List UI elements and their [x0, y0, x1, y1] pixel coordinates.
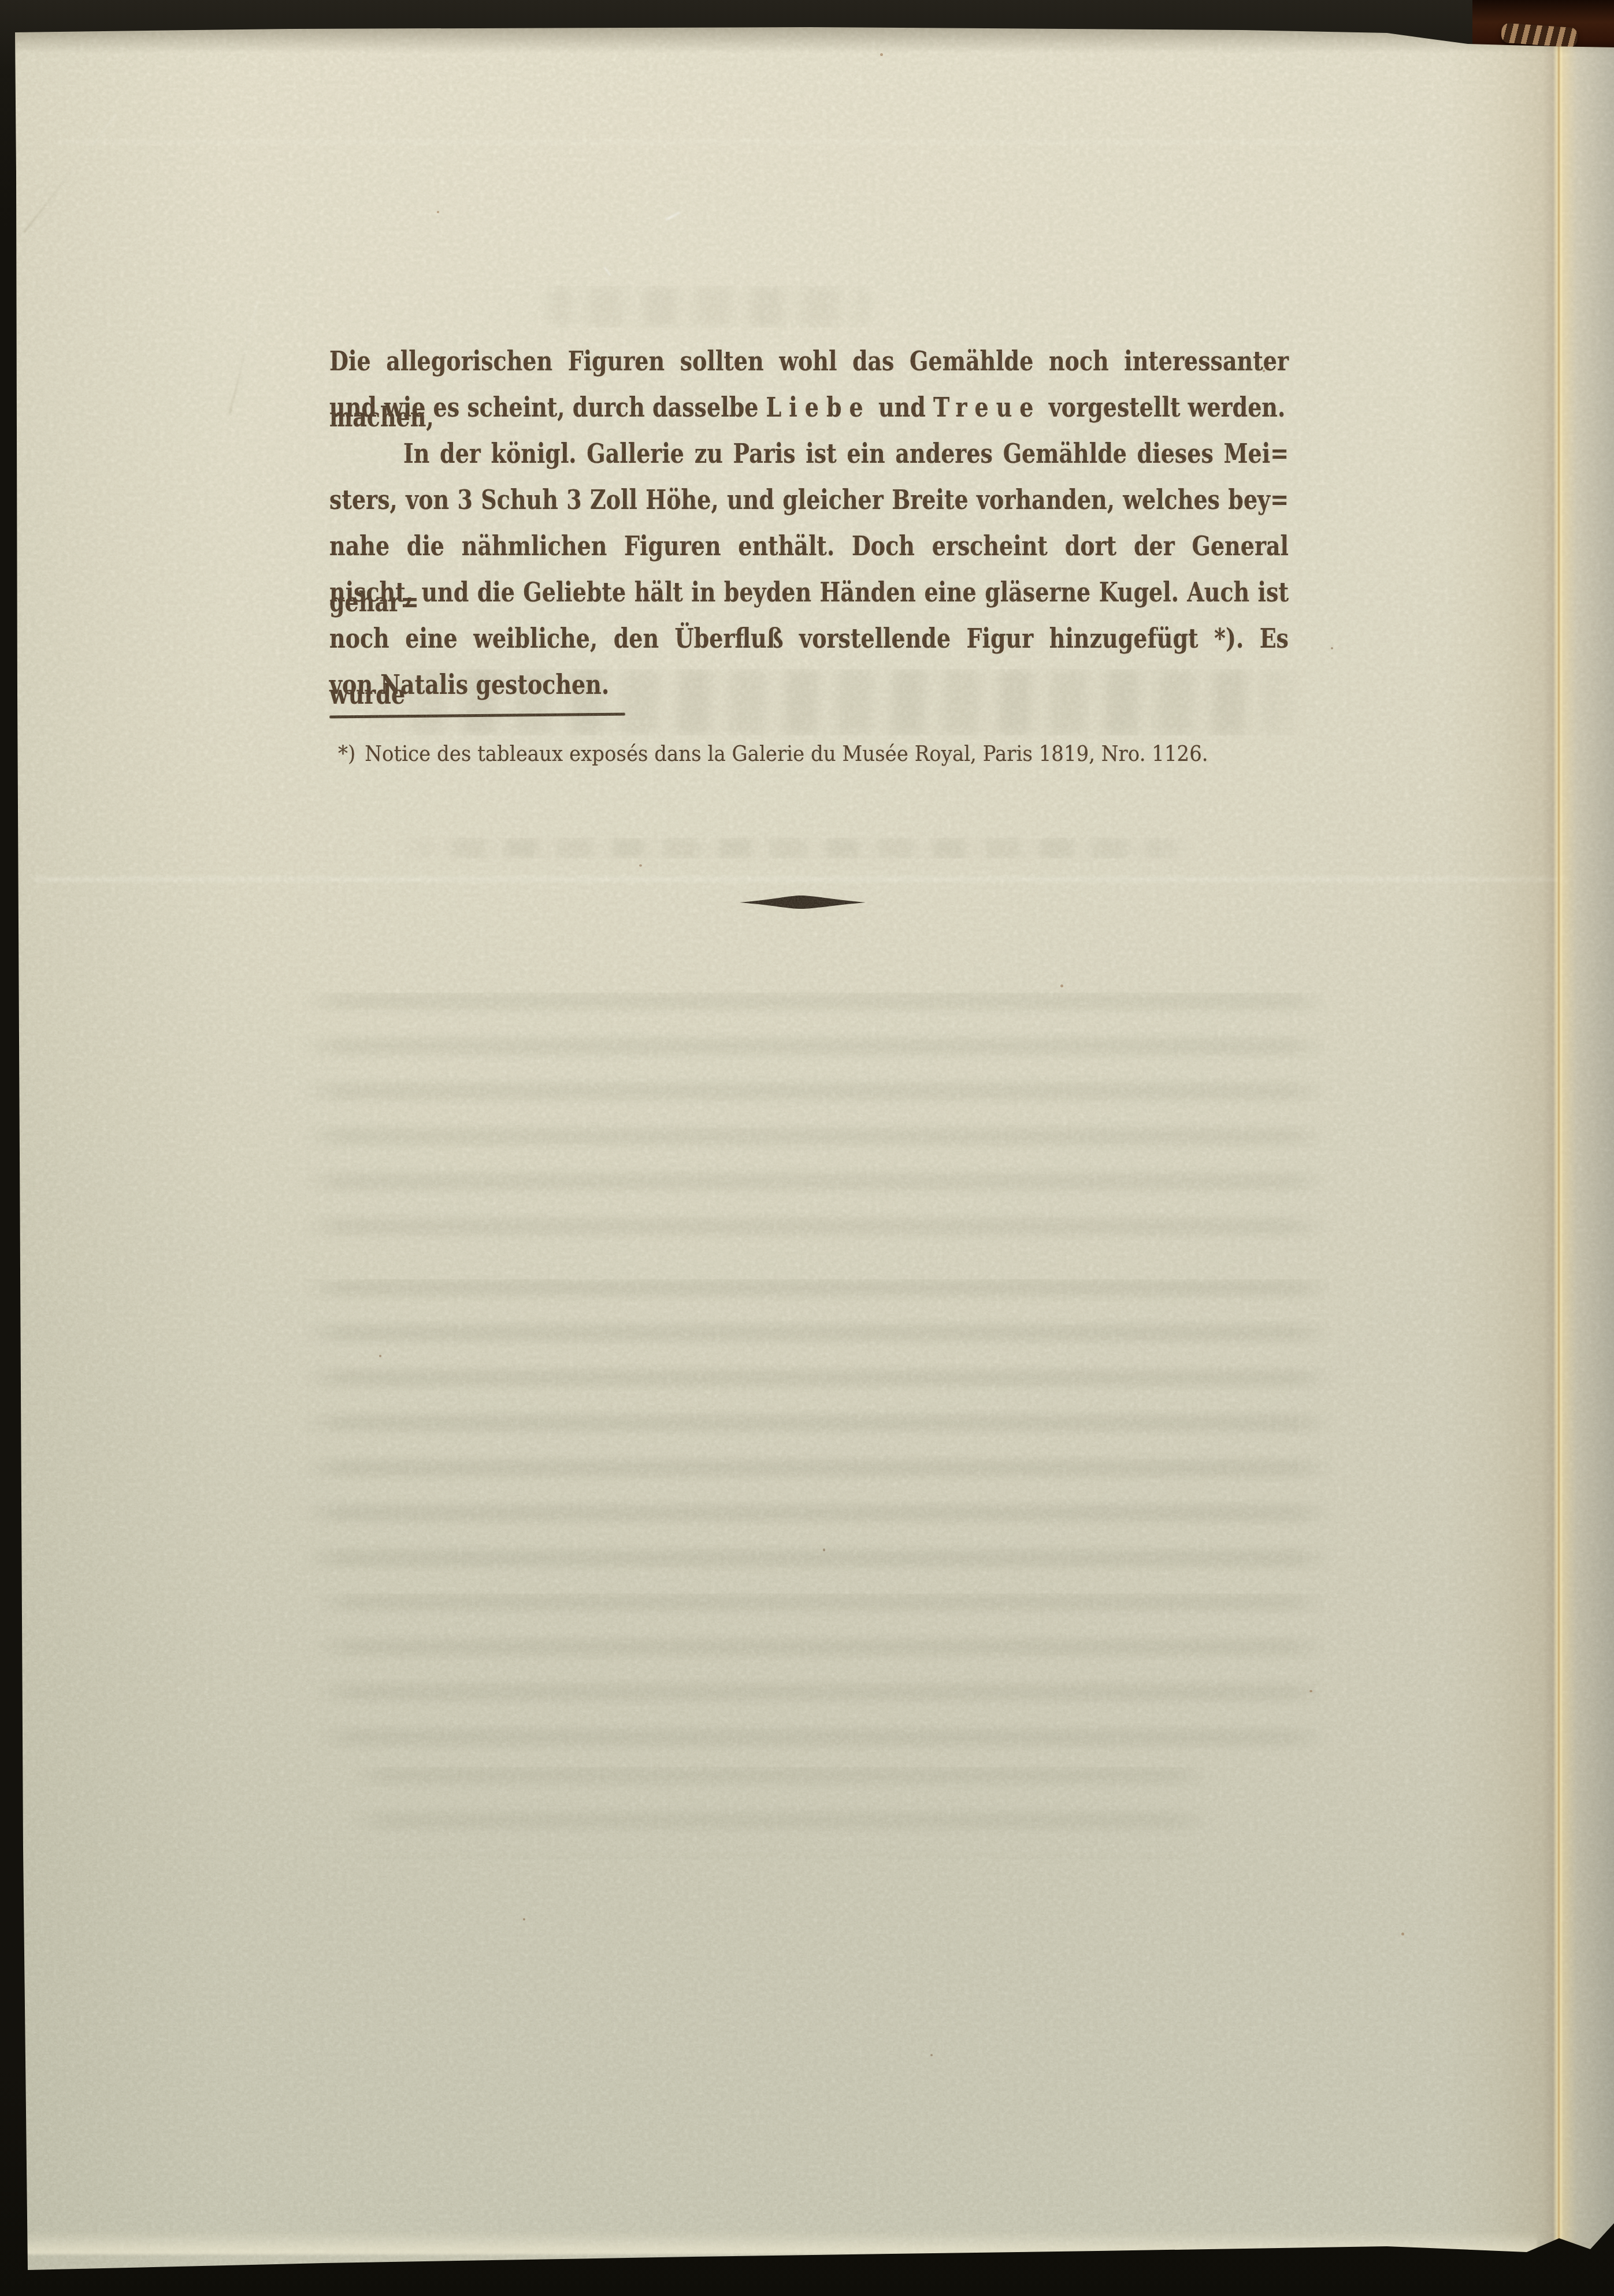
book-scan: Die allegorischen Figuren sollten wohl d…	[0, 0, 1614, 2296]
book-page: Die allegorischen Figuren sollten wohl d…	[0, 0, 1614, 2296]
paper-texture	[0, 0, 1614, 2296]
bottom-edge-highlight	[23, 2231, 1537, 2254]
binding-gutter	[1445, 0, 1614, 2296]
top-edge-shadow	[15, 27, 1614, 53]
gutter-crease-line	[1558, 40, 1560, 2253]
